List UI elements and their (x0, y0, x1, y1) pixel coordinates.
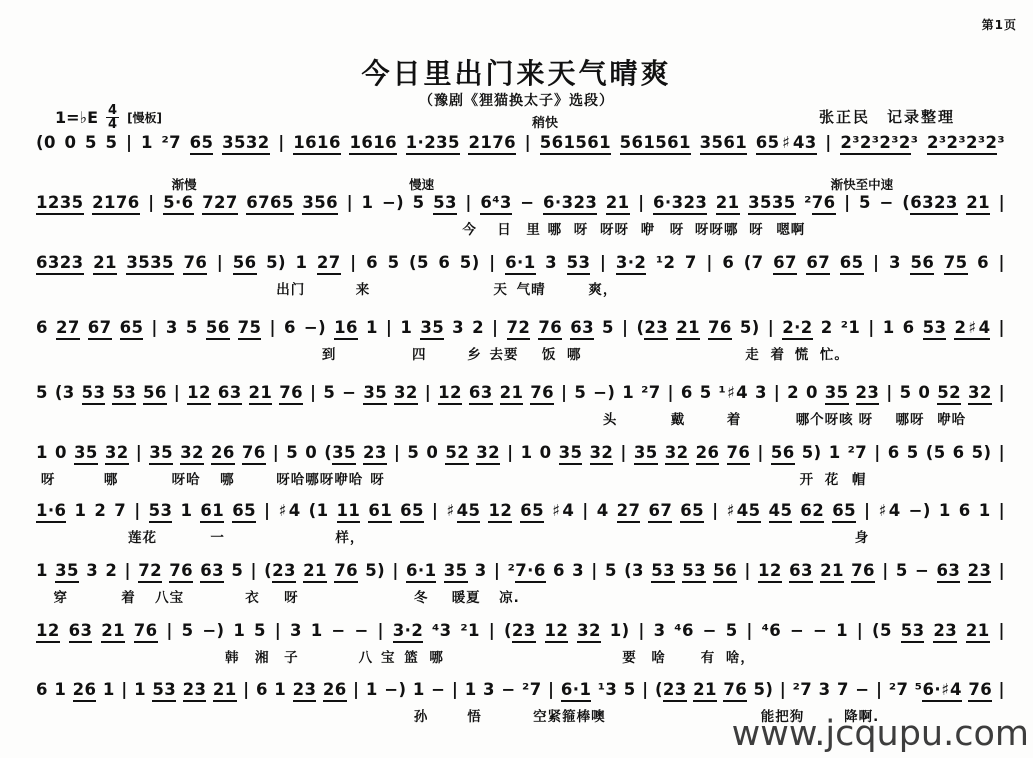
lyric-fragment: 八 (359, 646, 374, 666)
beamed-note-group: 21 (303, 561, 327, 583)
beamed-note-group: 3535 (126, 253, 174, 275)
beamed-note-group: 67 (648, 501, 672, 523)
lyric-fragment: 爽， (588, 278, 617, 298)
lyric-fragment: 哪呀 (896, 408, 925, 428)
lyric-fragment: 子 (284, 646, 299, 666)
beamed-note-group: 32 (394, 383, 418, 405)
beamed-note-group: 75 (944, 253, 968, 275)
beamed-note-group: 65 (840, 253, 864, 275)
beamed-note-group: 6·1 (406, 561, 436, 583)
beamed-note-group: 76 (134, 621, 158, 643)
beamed-note-group: 26 (696, 443, 720, 465)
lyric-fragment: 啥， (726, 646, 755, 666)
lyric-fragment: 呀 (670, 218, 685, 238)
lyric-fragment: 着 (727, 408, 742, 428)
lyric-fragment: 走 (745, 343, 760, 363)
beamed-note-group: 76 (727, 443, 751, 465)
beamed-note-group: 2³2³2³2 (927, 133, 997, 155)
beamed-note-group: 2³2³2³2 (840, 133, 910, 155)
lyric-fragment: 咿哈 (937, 408, 966, 428)
lyric-fragment: 呀 (859, 408, 874, 428)
lyric-fragment: 八宝 (155, 586, 184, 606)
beamed-note-group: 56 (771, 443, 795, 465)
beamed-note-group: 2·2 (782, 318, 812, 340)
beamed-note-group: 63 (200, 561, 224, 583)
time-signature-numerator: 4 (106, 104, 119, 118)
beamed-note-group: 53 (682, 561, 706, 583)
lyric-fragment: 咿 (641, 218, 656, 238)
sheet-music-page: 第1页 今日里出门来天气晴爽 （豫剧《狸猫换太子》选段） 1=♭E 4 4 [慢… (0, 0, 1033, 758)
beamed-note-group: 63 (937, 561, 961, 583)
beamed-note-group: 61 (200, 501, 224, 523)
lyric-fragment: 开 (800, 468, 815, 488)
beamed-note-group: 23 (272, 561, 296, 583)
lyric-fragment: 冬 (414, 586, 429, 606)
beamed-note-group: 6765 (246, 193, 294, 215)
lyric-fragment: 暖夏 (452, 586, 481, 606)
lyric-fragment: 呀 (284, 586, 299, 606)
lyric-fragment: 日 (497, 218, 512, 238)
beamed-note-group: 21 (213, 680, 237, 702)
lyric-fragment: 衣 (245, 586, 260, 606)
beamed-note-group: 67 (806, 253, 830, 275)
beamed-note-group: 6323 (36, 253, 84, 275)
lyrics-line: 今日里哪呀呀呀咿呀呀呀哪呀嗯啊 (36, 218, 1005, 238)
beamed-note-group: 21 (716, 193, 740, 215)
beamed-note-group: 12 (36, 621, 60, 643)
beamed-note-group: 32 (590, 443, 614, 465)
lyric-fragment: 空紧箍棒噢 (533, 705, 606, 725)
lyric-fragment: 花 (825, 468, 840, 488)
lyrics-line: 到四乡去要饭哪走着慌忙。 (36, 343, 1005, 363)
lyrics-line: 莲花一样，身 (36, 526, 1005, 546)
notation-system: 1·6 1 2 7 | 53 1 61 65 | ♯4 (1 11 61 65 … (36, 499, 1005, 559)
beamed-note-group: 26 (323, 680, 347, 702)
beamed-note-group: 65 (520, 501, 544, 523)
beamed-note-group: 53 (901, 621, 925, 643)
beamed-note-group: 21 (820, 561, 844, 583)
page-number-label: 第1页 (982, 16, 1017, 33)
beamed-note-group: 52 (445, 443, 469, 465)
beamed-note-group: 63 (69, 621, 93, 643)
beamed-note-group: 32 (665, 443, 689, 465)
lyric-fragment: 乡 (467, 343, 482, 363)
lyric-fragment: 篮 (404, 646, 419, 666)
beamed-note-group: 76 (279, 383, 303, 405)
transcriber-credit: 张正民 记录整理 (819, 106, 955, 127)
lyric-fragment: 里 (526, 218, 541, 238)
lyric-fragment: 穿 (53, 586, 68, 606)
lyric-fragment: 气晴 (517, 278, 546, 298)
beamed-note-group: 26 (73, 680, 97, 702)
lyric-fragment: 哪 (548, 218, 563, 238)
beamed-note-group: 23 (644, 318, 668, 340)
beamed-note-group: 76 (169, 561, 193, 583)
notation-line: 1235 2176 | 5·6 727 6765 356 | 1 −) 5 53… (36, 193, 1005, 213)
beamed-note-group: 6·323 (543, 193, 597, 215)
lyric-fragment: 有 (701, 646, 716, 666)
beamed-note-group: 76 (334, 561, 358, 583)
lyric-fragment: 着 (771, 343, 786, 363)
lyric-fragment: 头 (603, 408, 618, 428)
beamed-note-group: 1616 (293, 133, 341, 155)
beamed-note-group: 35 (332, 443, 356, 465)
beamed-note-group: 53 (82, 383, 106, 405)
beamed-note-group: 45 (769, 501, 793, 523)
lyric-fragment: 一 (210, 526, 225, 546)
beamed-note-group: 1·6 (36, 501, 66, 523)
lyric-fragment: 悟 (467, 705, 482, 725)
beamed-note-group: 53 (152, 680, 176, 702)
beamed-note-group: 35 (55, 561, 79, 583)
beamed-note-group: 76 (538, 318, 562, 340)
lyric-fragment: 啥 (651, 646, 666, 666)
beamed-note-group: 27 (617, 501, 641, 523)
beamed-note-group: 67 (88, 318, 112, 340)
beamed-note-group: 32 (476, 443, 500, 465)
beamed-note-group: 56 (233, 253, 257, 275)
beamed-note-group: 6323 (910, 193, 958, 215)
beamed-note-group: 6·♯4 (922, 680, 961, 702)
beamed-note-group: 63 (789, 561, 813, 583)
beamed-note-group: 63 (218, 383, 242, 405)
lyric-fragment: 呀呀 (695, 218, 724, 238)
lyric-fragment: 呀 (370, 468, 385, 488)
beamed-note-group: 12 (187, 383, 211, 405)
song-title: 今日里出门来天气晴爽 (0, 52, 1033, 92)
beamed-note-group: 26 (211, 443, 235, 465)
beamed-note-group: 32 (968, 383, 992, 405)
beamed-note-group: 35 (634, 443, 658, 465)
beamed-note-group: 32 (105, 443, 129, 465)
beamed-note-group: 3535 (748, 193, 796, 215)
time-signature-denominator: 4 (108, 118, 117, 131)
notation-line: 6 1 26 1 | 1 53 23 21 | 6 1 23 26 | 1 −)… (36, 680, 1005, 700)
beamed-note-group: 76 (530, 383, 554, 405)
notation-system: 1 0 35 32 | 35 32 26 76 | 5 0 (35 23 | 5… (36, 441, 1005, 501)
lyric-fragment: 哪 (429, 646, 444, 666)
beamed-note-group: 27 (317, 253, 341, 275)
lyric-fragment: 呀哈 (172, 468, 201, 488)
lyric-fragment: 韩 (225, 646, 240, 666)
beamed-note-group: 35 (74, 443, 98, 465)
beamed-note-group: 35 (559, 443, 583, 465)
lyric-fragment: 天 (493, 278, 508, 298)
beamed-note-group: 76 (183, 253, 207, 275)
beamed-note-group: 45 (737, 501, 761, 523)
beamed-note-group: 56 (713, 561, 737, 583)
notation-line: 6 27 67 65 | 3 5 56 75 | 6 −) 16 1 | 1 3… (36, 318, 1005, 338)
lyric-fragment: 哪 (220, 468, 235, 488)
beamed-note-group: 21 (500, 383, 524, 405)
beamed-note-group: 12 (758, 561, 782, 583)
notation-system: 6 27 67 65 | 3 5 56 75 | 6 −) 16 1 | 1 3… (36, 316, 1005, 376)
notation-line: 6323 21 3535 76 | 56 5) 1 27 | 6 5 (5 6 … (36, 253, 1005, 273)
notation-system: 渐慢慢速渐快至中速1235 2176 | 5·6 727 6765 356 | … (36, 191, 1005, 251)
lyric-fragment: 来 (356, 278, 371, 298)
lyric-fragment: 样， (335, 526, 364, 546)
beamed-note-group: 75 (238, 318, 262, 340)
lyrics-line: 出门来天气晴爽， (36, 278, 1005, 298)
lyric-fragment: 呀呀 (600, 218, 629, 238)
beamed-note-group: 16 (334, 318, 358, 340)
beamed-note-group: 65 (190, 133, 214, 155)
beamed-note-group: 65 (120, 318, 144, 340)
beamed-note-group: 21 (93, 253, 117, 275)
lyric-fragment: 身 (855, 526, 870, 546)
notation-line: (0 0 5 5 | 1 ²7 65 3532 | 1616 1616 1·23… (36, 133, 1005, 153)
beamed-note-group: 1·235 (406, 133, 460, 155)
notation-line: 1 35 3 2 | 72 76 63 5 | (23 21 76 5) | 6… (36, 561, 1005, 581)
lyric-fragment: 出门 (276, 278, 305, 298)
beamed-note-group: 12 (488, 501, 512, 523)
beamed-note-group: 53 (149, 501, 173, 523)
watermark-url: www.jcqupu.com (732, 714, 1029, 754)
lyric-fragment: 呀哈哪呀咿哈 (276, 468, 363, 488)
beamed-note-group: 561561 (620, 133, 691, 155)
beamed-note-group: 76 (242, 443, 266, 465)
notation-line: 1 0 35 32 | 35 32 26 76 | 5 0 (35 23 | 5… (36, 443, 1005, 463)
beamed-note-group: 45 (457, 501, 481, 523)
beamed-note-group: 76 (851, 561, 875, 583)
beamed-note-group: 23 (663, 680, 687, 702)
beamed-note-group: 76 (968, 680, 992, 702)
beamed-note-group: 63 (469, 383, 493, 405)
notation-system: 5 (3 53 53 56 | 12 63 21 76 | 5 − 35 32 … (36, 381, 1005, 441)
beamed-note-group: 23 (183, 680, 207, 702)
lyric-fragment: 孙 (414, 705, 429, 725)
beamed-note-group: 12 (438, 383, 462, 405)
beamed-note-group: 76 (812, 193, 836, 215)
beamed-note-group: 32 (180, 443, 204, 465)
beamed-note-group: 35 (420, 318, 444, 340)
beamed-note-group: 62 (800, 501, 824, 523)
lyric-fragment: 帽 (852, 468, 867, 488)
lyric-fragment: 哪 (104, 468, 119, 488)
lyrics-line: 头戴着哪个呀咳呀哪呀咿哈 (36, 408, 1005, 428)
beamed-note-group: 7·6 (515, 561, 545, 583)
notation-system: 6323 21 3535 76 | 56 5) 1 27 | 6 5 (5 6 … (36, 251, 1005, 311)
lyric-fragment: 饭 (542, 343, 557, 363)
beamed-note-group: 56 (206, 318, 230, 340)
beamed-note-group: 21 (966, 193, 990, 215)
beamed-note-group: 6⁴3 (480, 193, 511, 215)
lyric-fragment: 哪 (567, 343, 582, 363)
lyric-fragment: 去要 (489, 343, 518, 363)
beamed-note-group: 3·2 (616, 253, 646, 275)
beamed-note-group: 23 (968, 561, 992, 583)
beamed-note-group: 2176 (92, 193, 140, 215)
lyric-fragment: 宝 (381, 646, 396, 666)
beamed-note-group: 56 (143, 383, 167, 405)
lyrics-line: 韩湘子八宝篮哪要啥有啥， (36, 646, 1005, 666)
lyric-fragment: 呀 (574, 218, 589, 238)
beamed-note-group: 63 (570, 318, 594, 340)
beamed-note-group: 72 (507, 318, 531, 340)
tempo-mark: 慢速 (409, 175, 434, 193)
beamed-note-group: 35 (444, 561, 468, 583)
beamed-note-group: 67 (773, 253, 797, 275)
beamed-note-group: 6·323 (653, 193, 707, 215)
beamed-note-group: 35 (363, 383, 387, 405)
lyric-fragment: 嗯啊 (776, 218, 805, 238)
beamed-note-group: 727 (202, 193, 238, 215)
beamed-note-group: 21 (693, 680, 717, 702)
lyric-fragment: 忙。 (820, 343, 849, 363)
lyric-fragment: 戴 (671, 408, 686, 428)
beamed-note-group: 3561 (700, 133, 748, 155)
beamed-note-group: 21 (249, 383, 273, 405)
beamed-note-group: 5·6 (163, 193, 193, 215)
beamed-note-group: 356 (302, 193, 338, 215)
beamed-note-group: 65 (832, 501, 856, 523)
lyric-fragment: 呀 (749, 218, 764, 238)
beamed-note-group: 23 (933, 621, 957, 643)
notation-line: 12 63 21 76 | 5 −) 1 5 | 3 1 − − | 3·2 ⁴… (36, 621, 1005, 641)
lyric-fragment: 慌 (795, 343, 810, 363)
beamed-note-group: 561561 (540, 133, 611, 155)
lyric-fragment: 莲花 (128, 526, 157, 546)
time-signature: 4 4 (106, 104, 119, 131)
beamed-note-group: 76 (708, 318, 732, 340)
beamed-note-group: 52 (937, 383, 961, 405)
beamed-note-group: 21 (101, 621, 125, 643)
beamed-note-group: 1616 (349, 133, 397, 155)
tempo-bracket: [慢板] (127, 109, 162, 126)
beamed-note-group: 21 (676, 318, 700, 340)
lyric-fragment: 四 (412, 343, 427, 363)
beamed-note-group: 65 (400, 501, 424, 523)
beamed-note-group: 2♯4 (954, 318, 990, 340)
beamed-note-group: 53 (567, 253, 591, 275)
lyrics-line: 穿着八宝衣呀冬暖夏凉. (36, 586, 1005, 606)
beamed-note-group: 23 (363, 443, 387, 465)
beamed-note-group: 6·1 (505, 253, 535, 275)
beamed-note-group: 21 (606, 193, 630, 215)
lyrics-line: 呀哪呀哈哪呀哈哪呀咿哈呀开花帽 (36, 468, 1005, 488)
beamed-note-group: 35 (149, 443, 173, 465)
key-signature-row: 1=♭E 4 4 [慢板] (55, 104, 162, 131)
lyric-fragment: 呀 (41, 468, 56, 488)
lyric-fragment: 哪个呀咳 (796, 408, 854, 428)
beamed-note-group: 53 (651, 561, 675, 583)
lyric-fragment: 哪 (724, 218, 739, 238)
beamed-note-group: 3532 (222, 133, 270, 155)
notation-line: 1·6 1 2 7 | 53 1 61 65 | ♯4 (1 11 61 65 … (36, 501, 1005, 521)
lyric-fragment: 着 (121, 586, 136, 606)
beamed-note-group: 2176 (468, 133, 516, 155)
lyric-fragment: 凉. (499, 586, 520, 606)
beamed-note-group: 53 (923, 318, 947, 340)
beamed-note-group: 21 (966, 621, 990, 643)
beamed-note-group: 53 (433, 193, 457, 215)
beamed-note-group: 72 (138, 561, 162, 583)
tempo-mark-shaokuai: 稍快 (532, 112, 558, 131)
notation-line: 5 (3 53 53 56 | 12 63 21 76 | 5 − 35 32 … (36, 383, 1005, 403)
beamed-note-group: 76 (723, 680, 747, 702)
lyric-fragment: 要 (622, 646, 637, 666)
beamed-note-group: 35 (825, 383, 849, 405)
beamed-note-group: 3·2 (393, 621, 423, 643)
beamed-note-group: 32 (577, 621, 601, 643)
notation-system: 1 35 3 2 | 72 76 63 5 | (23 21 76 5) | 6… (36, 559, 1005, 619)
beamed-note-group: 27 (56, 318, 80, 340)
tempo-mark: 渐快至中速 (831, 175, 894, 193)
lyric-fragment: 湘 (255, 646, 270, 666)
notation-system: 12 63 21 76 | 5 −) 1 5 | 3 1 − − | 3·2 ⁴… (36, 619, 1005, 679)
beamed-note-group: 23 (512, 621, 536, 643)
lyric-fragment: 到 (322, 343, 337, 363)
beamed-note-group: 23 (856, 383, 880, 405)
beamed-note-group: 65♯43 (756, 133, 817, 155)
beamed-note-group: 53 (112, 383, 136, 405)
beamed-note-group: 65 (232, 501, 256, 523)
lyric-fragment: 今 (462, 218, 477, 238)
beamed-note-group: 1235 (36, 193, 84, 215)
beamed-note-group: 56 (910, 253, 934, 275)
beamed-note-group: 12 (545, 621, 569, 643)
beamed-note-group: 11 (337, 501, 361, 523)
beamed-note-group: 6·1 (561, 680, 591, 702)
tempo-mark: 渐慢 (172, 175, 197, 193)
beamed-note-group: 61 (368, 501, 392, 523)
beamed-note-group: 65 (680, 501, 704, 523)
key-signature: 1=♭E (55, 108, 98, 127)
beamed-note-group: 23 (293, 680, 317, 702)
